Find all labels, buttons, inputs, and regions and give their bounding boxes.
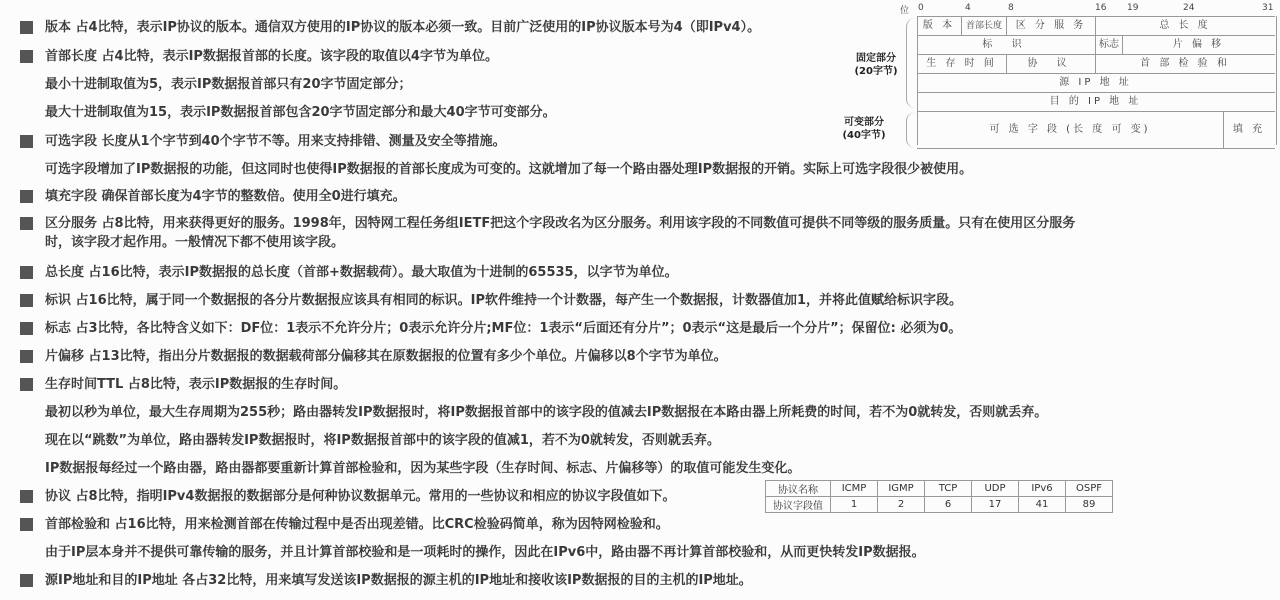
bullet (20, 21, 33, 34)
page-title: IP数据报首部格式 (140, 0, 300, 4)
list-item: 首部检验和 占16比特，用来检测首部在传输过程中是否出现差错。比CRC检验码简单… (45, 517, 669, 533)
list-item: 区分服务 占8比特，用来获得更好的服务。1998年，因特网工程任务组IETF把这… (45, 216, 1075, 232)
field-ttl: 生 存 时 间 (917, 55, 1007, 73)
bullet (20, 135, 33, 148)
table-row: 协议字段值 1 2 6 17 41 89 (766, 497, 1113, 513)
field-protocol: 协 议 (1007, 55, 1096, 73)
table-cell: 17 (972, 497, 1019, 513)
table-cell: 协议字段值 (766, 497, 831, 513)
table-header-cell: IPv6 (1019, 481, 1066, 497)
bullet (20, 217, 33, 230)
table-row: 协议名称 ICMP IGMP TCP UDP IPv6 OSPF (766, 481, 1113, 497)
list-item: 可选字段增加了IP数据报的功能，但这同时也使得IP数据报的首部长度成为可变的。这… (45, 162, 972, 178)
diagram-row: 源 IP 地 址 (917, 74, 1275, 93)
field-identification: 标 识 (917, 36, 1096, 54)
bullet (20, 378, 33, 391)
list-item: 填充字段 确保首部长度为4字节的整数倍。使用全0进行填充。 (45, 189, 406, 205)
bullet (20, 294, 33, 307)
protocol-table: 协议名称 ICMP IGMP TCP UDP IPv6 OSPF 协议字段值 1… (765, 480, 1113, 513)
bullet (20, 490, 33, 503)
list-item: 协议 占8比特，指明IPv4数据报的数据部分是何种协议数据单元。常用的一些协议和… (45, 489, 675, 505)
field-source-ip: 源 IP 地 址 (917, 74, 1274, 92)
variable-part-title: 可变部分 (838, 116, 890, 129)
field-checksum: 首 部 检 验 和 (1096, 55, 1274, 73)
bit-label: 位 (900, 3, 909, 16)
list-item: 生存时间TTL 占8比特，表示IP数据报的生存时间。 (45, 377, 346, 393)
table-header-cell: IGMP (878, 481, 925, 497)
bullet (20, 50, 33, 63)
bit-19: 19 (1127, 3, 1138, 13)
bit-4: 4 (965, 3, 971, 13)
field-dest-ip: 目 的 IP 地 址 (917, 93, 1274, 111)
table-cell: 41 (1019, 497, 1066, 513)
bullet (20, 350, 33, 363)
table-header-cell: UDP (972, 481, 1019, 497)
bullet (20, 190, 33, 203)
diagram-row: 目 的 IP 地 址 (917, 93, 1275, 112)
bit-31: 31 (1262, 3, 1273, 13)
list-item: 最初以秒为单位，最大生存周期为255秒；路由器转发IP数据报时，将IP数据报首部… (45, 405, 1047, 421)
fixed-part-label: 固定部分 (20字节) (850, 52, 902, 78)
list-item: 标志 占3比特，各比特含义如下：DF位：1表示不允许分片；0表示允许分片;MF位… (45, 321, 961, 337)
variable-part-label: 可变部分 (40字节) (838, 116, 890, 142)
bullet (20, 518, 33, 531)
list-item: IP数据报每经过一个路由器，路由器都要重新计算首部检验和，因为某些字段（生存时间… (45, 461, 800, 477)
table-cell: 1 (831, 497, 878, 513)
bit-16: 16 (1095, 3, 1106, 13)
list-item: 标识 占16比特，属于同一个数据报的各分片数据报应该具有相同的标识。IP软件维持… (45, 293, 962, 309)
bit-0: 0 (918, 3, 924, 13)
fixed-part-size: (20字节) (850, 65, 902, 78)
field-fragment-offset: 片 偏 移 (1123, 36, 1274, 54)
field-header-length: 首部长度 (962, 17, 1007, 35)
field-padding: 填 充 (1224, 112, 1274, 148)
field-flags: 标志 (1096, 36, 1123, 54)
variable-part-size: (40字节) (838, 129, 890, 142)
table-header-cell: ICMP (831, 481, 878, 497)
list-item: 现在以“跳数”为单位，路由器转发IP数据报时，将IP数据报首部中的该字段的值减1… (45, 433, 720, 449)
table-cell: 6 (925, 497, 972, 513)
list-item: 首部长度 占4比特，表示IP数据报首部的长度。该字段的取值以4字节为单位。 (45, 49, 498, 65)
variable-part-brace (906, 112, 915, 148)
header-grid: 版 本 首部长度 区 分 服 务 总 长 度 标 识 标志 片 偏 移 生 存 … (917, 16, 1275, 149)
table-cell: 2 (878, 497, 925, 513)
bit-8: 8 (1008, 3, 1014, 13)
table-cell: 89 (1066, 497, 1113, 513)
bullet (20, 266, 33, 279)
list-item: 最小十进制取值为5，表示IP数据报首部只有20字节固定部分； (45, 77, 412, 93)
list-item: 版本 占4比特，表示IP协议的版本。通信双方使用的IP协议的版本必须一致。目前广… (45, 20, 760, 36)
diagram-row: 标 识 标志 片 偏 移 (917, 36, 1275, 55)
fixed-part-brace (906, 18, 915, 108)
bullet (20, 574, 33, 587)
list-item: 时，该字段才起作用。一般情况下都不使用该字段。 (45, 235, 344, 251)
field-diffserv: 区 分 服 务 (1007, 17, 1096, 35)
field-version: 版 本 (917, 17, 962, 35)
list-item: 最大十进制取值为15，表示IP数据报首部包含20字节固定部分和最大40字节可变部… (45, 105, 556, 121)
table-header-cell: TCP (925, 481, 972, 497)
diagram-row: 可 选 字 段 (长 度 可 变) 填 充 (917, 112, 1275, 149)
list-item: 可选字段 长度从1个字节到40个字节不等。用来支持排错、测量及安全等措施。 (45, 134, 506, 150)
table-header-cell: 协议名称 (766, 481, 831, 497)
fixed-part-title: 固定部分 (850, 52, 902, 65)
list-item: 片偏移 占13比特，指出分片数据报的数据载荷部分偏移其在原数据报的位置有多少个单… (45, 349, 727, 365)
list-item: 源IP地址和目的IP地址 各占32比特，用来填写发送该IP数据报的源主机的IP地… (45, 573, 752, 589)
bullet (20, 322, 33, 335)
field-options: 可 选 字 段 (长 度 可 变) (917, 112, 1224, 148)
list-item: 由于IP层本身并不提供可靠传输的服务，并且计算首部校验和是一项耗时的操作，因此在… (45, 545, 925, 561)
diagram-row: 版 本 首部长度 区 分 服 务 总 长 度 (917, 16, 1275, 36)
list-item: 总长度 占16比特，表示IP数据报的总长度（首部+数据载荷）。最大取值为十进制的… (45, 265, 678, 281)
bit-24: 24 (1183, 3, 1194, 13)
table-header-cell: OSPF (1066, 481, 1113, 497)
field-total-length: 总 长 度 (1096, 17, 1274, 35)
diagram-row: 生 存 时 间 协 议 首 部 检 验 和 (917, 55, 1275, 74)
